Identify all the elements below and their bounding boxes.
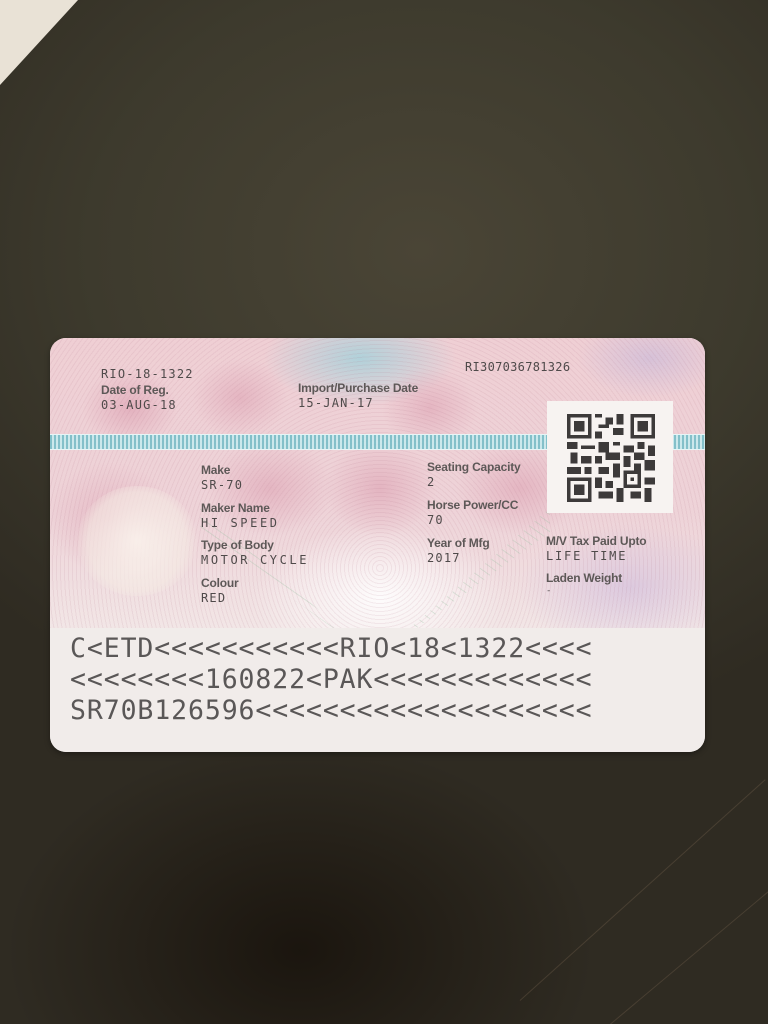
mrz-line-1: C<ETD<<<<<<<<<<<RIO<18<1322<<<<	[70, 636, 593, 663]
horse-power-label: Horse Power/CC	[427, 499, 518, 511]
type-of-body-field: Type of Body MOTOR CYCLE	[201, 539, 309, 566]
import-purchase-date-label: Import/Purchase Date	[298, 382, 418, 394]
type-of-body-label: Type of Body	[201, 539, 309, 551]
surface-crease	[610, 870, 768, 1024]
year-of-mfg-field: Year of Mfg 2017	[427, 537, 489, 564]
registration-number: RIO-18-1322	[101, 368, 194, 380]
qr-code	[547, 401, 673, 513]
colour-value: RED	[201, 592, 238, 604]
make-value: SR-70	[201, 479, 243, 491]
make-field: Make SR-70	[201, 464, 243, 491]
date-of-reg-value: 03-AUG-18	[101, 399, 177, 411]
year-of-mfg-label: Year of Mfg	[427, 537, 489, 549]
laden-weight-value: -	[546, 587, 622, 596]
date-of-reg-field: Date of Reg. 03-AUG-18	[101, 384, 177, 411]
tax-paid-label: M/V Tax Paid Upto	[546, 535, 646, 547]
maker-name-value: HI SPEED	[201, 517, 280, 529]
horse-power-value: 70	[427, 514, 518, 526]
registration-card: RIO-18-1322 Date of Reg. 03-AUG-18 Impor…	[50, 338, 705, 752]
tax-paid-value: LIFE TIME	[546, 550, 646, 562]
type-of-body-value: MOTOR CYCLE	[201, 554, 309, 566]
wall-corner	[0, 0, 78, 85]
seating-capacity-value: 2	[427, 476, 521, 488]
horse-power-field: Horse Power/CC 70	[427, 499, 518, 526]
import-purchase-date-value: 15-JAN-17	[298, 397, 418, 409]
machine-readable-zone: C<ETD<<<<<<<<<<<RIO<18<1322<<<< <<<<<<<<…	[50, 628, 705, 752]
year-of-mfg-value: 2017	[427, 552, 489, 564]
maker-name-field: Maker Name HI SPEED	[201, 502, 280, 529]
emblem-watermark	[77, 486, 197, 596]
surface-crease	[520, 779, 766, 1001]
laden-weight-field: Laden Weight -	[546, 572, 622, 596]
colour-field: Colour RED	[201, 577, 238, 604]
maker-name-label: Maker Name	[201, 502, 280, 514]
colour-label: Colour	[201, 577, 238, 589]
mrz-line-3: SR70B126596<<<<<<<<<<<<<<<<<<<<	[70, 698, 593, 725]
serial-number: RI307036781326	[465, 361, 570, 373]
seating-capacity-label: Seating Capacity	[427, 461, 521, 473]
tax-paid-field: M/V Tax Paid Upto LIFE TIME	[546, 535, 646, 562]
laden-weight-label: Laden Weight	[546, 572, 622, 584]
import-purchase-date-field: Import/Purchase Date 15-JAN-17	[298, 382, 418, 409]
seating-capacity-field: Seating Capacity 2	[427, 461, 521, 488]
qr-code-icon	[563, 414, 659, 502]
mrz-line-2: <<<<<<<<160822<PAK<<<<<<<<<<<<<	[70, 667, 593, 694]
date-of-reg-label: Date of Reg.	[101, 384, 177, 396]
make-label: Make	[201, 464, 243, 476]
